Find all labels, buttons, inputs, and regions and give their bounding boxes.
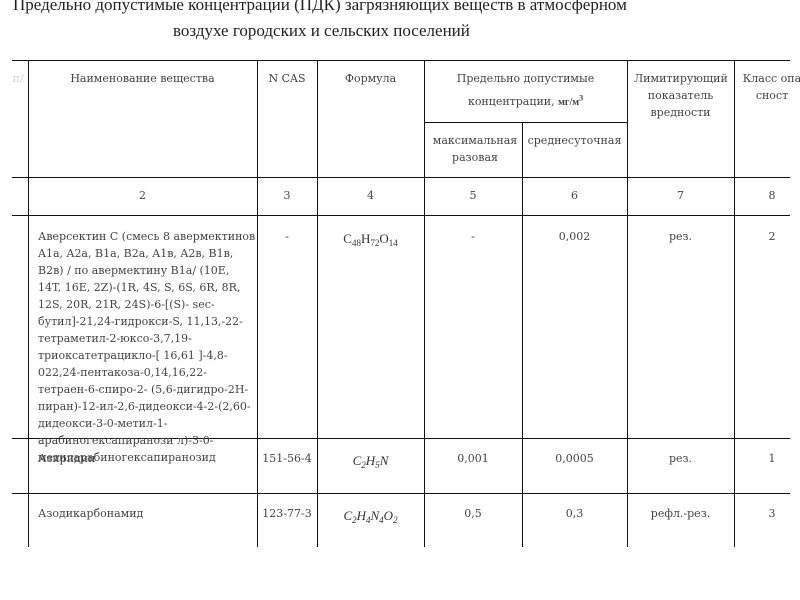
formula-subscript: 2 xyxy=(361,460,366,470)
daily-avg-value: 0,0005 xyxy=(522,450,627,467)
grid-line xyxy=(734,60,735,547)
unit-text: мг/м xyxy=(558,97,579,108)
column-number: 7 xyxy=(627,187,734,204)
unit-power: 3 xyxy=(579,94,583,103)
header-pdk-line2: концентрации, мг/м3 xyxy=(424,93,627,111)
grid-line xyxy=(12,493,790,494)
header-cas: N CAS xyxy=(257,70,317,87)
substance-name: Азиридин xyxy=(38,450,256,467)
column-number: 8 xyxy=(734,187,800,204)
substance-name: Азодикарбонамид xyxy=(38,505,256,522)
header-limiting: Лимитирующий показатель вредности xyxy=(634,70,727,121)
formula-subscript: 5 xyxy=(375,460,380,470)
grid-line xyxy=(28,60,29,547)
grid-line xyxy=(522,122,523,547)
limiting-indicator: рез. xyxy=(627,450,734,467)
grid-line xyxy=(12,177,790,178)
column-number: 5 xyxy=(424,187,522,204)
grid-line xyxy=(257,60,258,547)
header-col-number: п/ xyxy=(8,70,28,87)
formula-subscript: 4 xyxy=(379,515,384,525)
grid-line xyxy=(627,60,628,547)
daily-avg-value: 0,002 xyxy=(522,228,627,245)
header-pdk-line1: Предельно допустимые xyxy=(424,70,627,87)
formula-subscript: 2 xyxy=(393,515,398,525)
max-single-value: - xyxy=(424,228,522,245)
header-max-single: максимальная разовая xyxy=(428,132,522,166)
max-single-value: 0,001 xyxy=(424,450,522,467)
limiting-indicator: рефл.-рез. xyxy=(627,505,734,522)
title-line-2: воздухе городских и сельских поселений xyxy=(173,20,470,42)
hazard-class: 2 xyxy=(734,228,800,245)
column-number: 6 xyxy=(522,187,627,204)
title-line-1: Предельно допустимые концентрации (ПДК) … xyxy=(13,0,627,16)
header-name: Наименование вещества xyxy=(28,70,257,87)
cas-number: - xyxy=(257,228,317,245)
header-formula: Формула xyxy=(317,70,424,87)
header-pdk-unit: мг/м3 xyxy=(558,97,583,108)
grid-line xyxy=(12,215,790,216)
cas-number: 151-56-4 xyxy=(262,450,312,467)
formula: C2H4N4O2 xyxy=(317,507,424,524)
header-pdk: Предельно допустимые концентрации, мг/м3 xyxy=(424,70,627,111)
column-number: 4 xyxy=(317,187,424,204)
header-hazard-class-text: Класс опасност xyxy=(742,70,800,104)
formula: C48H72O14 xyxy=(317,230,424,247)
grid-line xyxy=(317,60,318,547)
formula-subscript: 14 xyxy=(389,238,398,248)
hazard-class: 1 xyxy=(734,450,800,467)
max-single-value: 0,5 xyxy=(424,505,522,522)
grid-line xyxy=(424,122,627,123)
hazard-class: 3 xyxy=(734,505,800,522)
header-hazard-class: Класс опасност xyxy=(740,70,800,104)
header-pdk-label: концентрации, xyxy=(468,95,555,108)
formula-subscript: 2 xyxy=(352,515,357,525)
column-number: 2 xyxy=(28,187,257,204)
formula-subscript: 48 xyxy=(352,238,361,248)
formula-subscript: 72 xyxy=(370,238,379,248)
substance-name: Аверсектин С (смесь 8 авермектинов A1a, … xyxy=(38,228,256,466)
header-daily-avg: среднесуточная xyxy=(522,132,627,149)
limiting-indicator: рез. xyxy=(627,228,734,245)
grid-line xyxy=(424,60,425,547)
cas-number: 123-77-3 xyxy=(262,505,312,522)
daily-avg-value: 0,3 xyxy=(522,505,627,522)
formula: C2H5N xyxy=(317,452,424,469)
column-number: 3 xyxy=(257,187,317,204)
grid-line xyxy=(12,60,790,61)
formula-subscript: 4 xyxy=(366,515,371,525)
